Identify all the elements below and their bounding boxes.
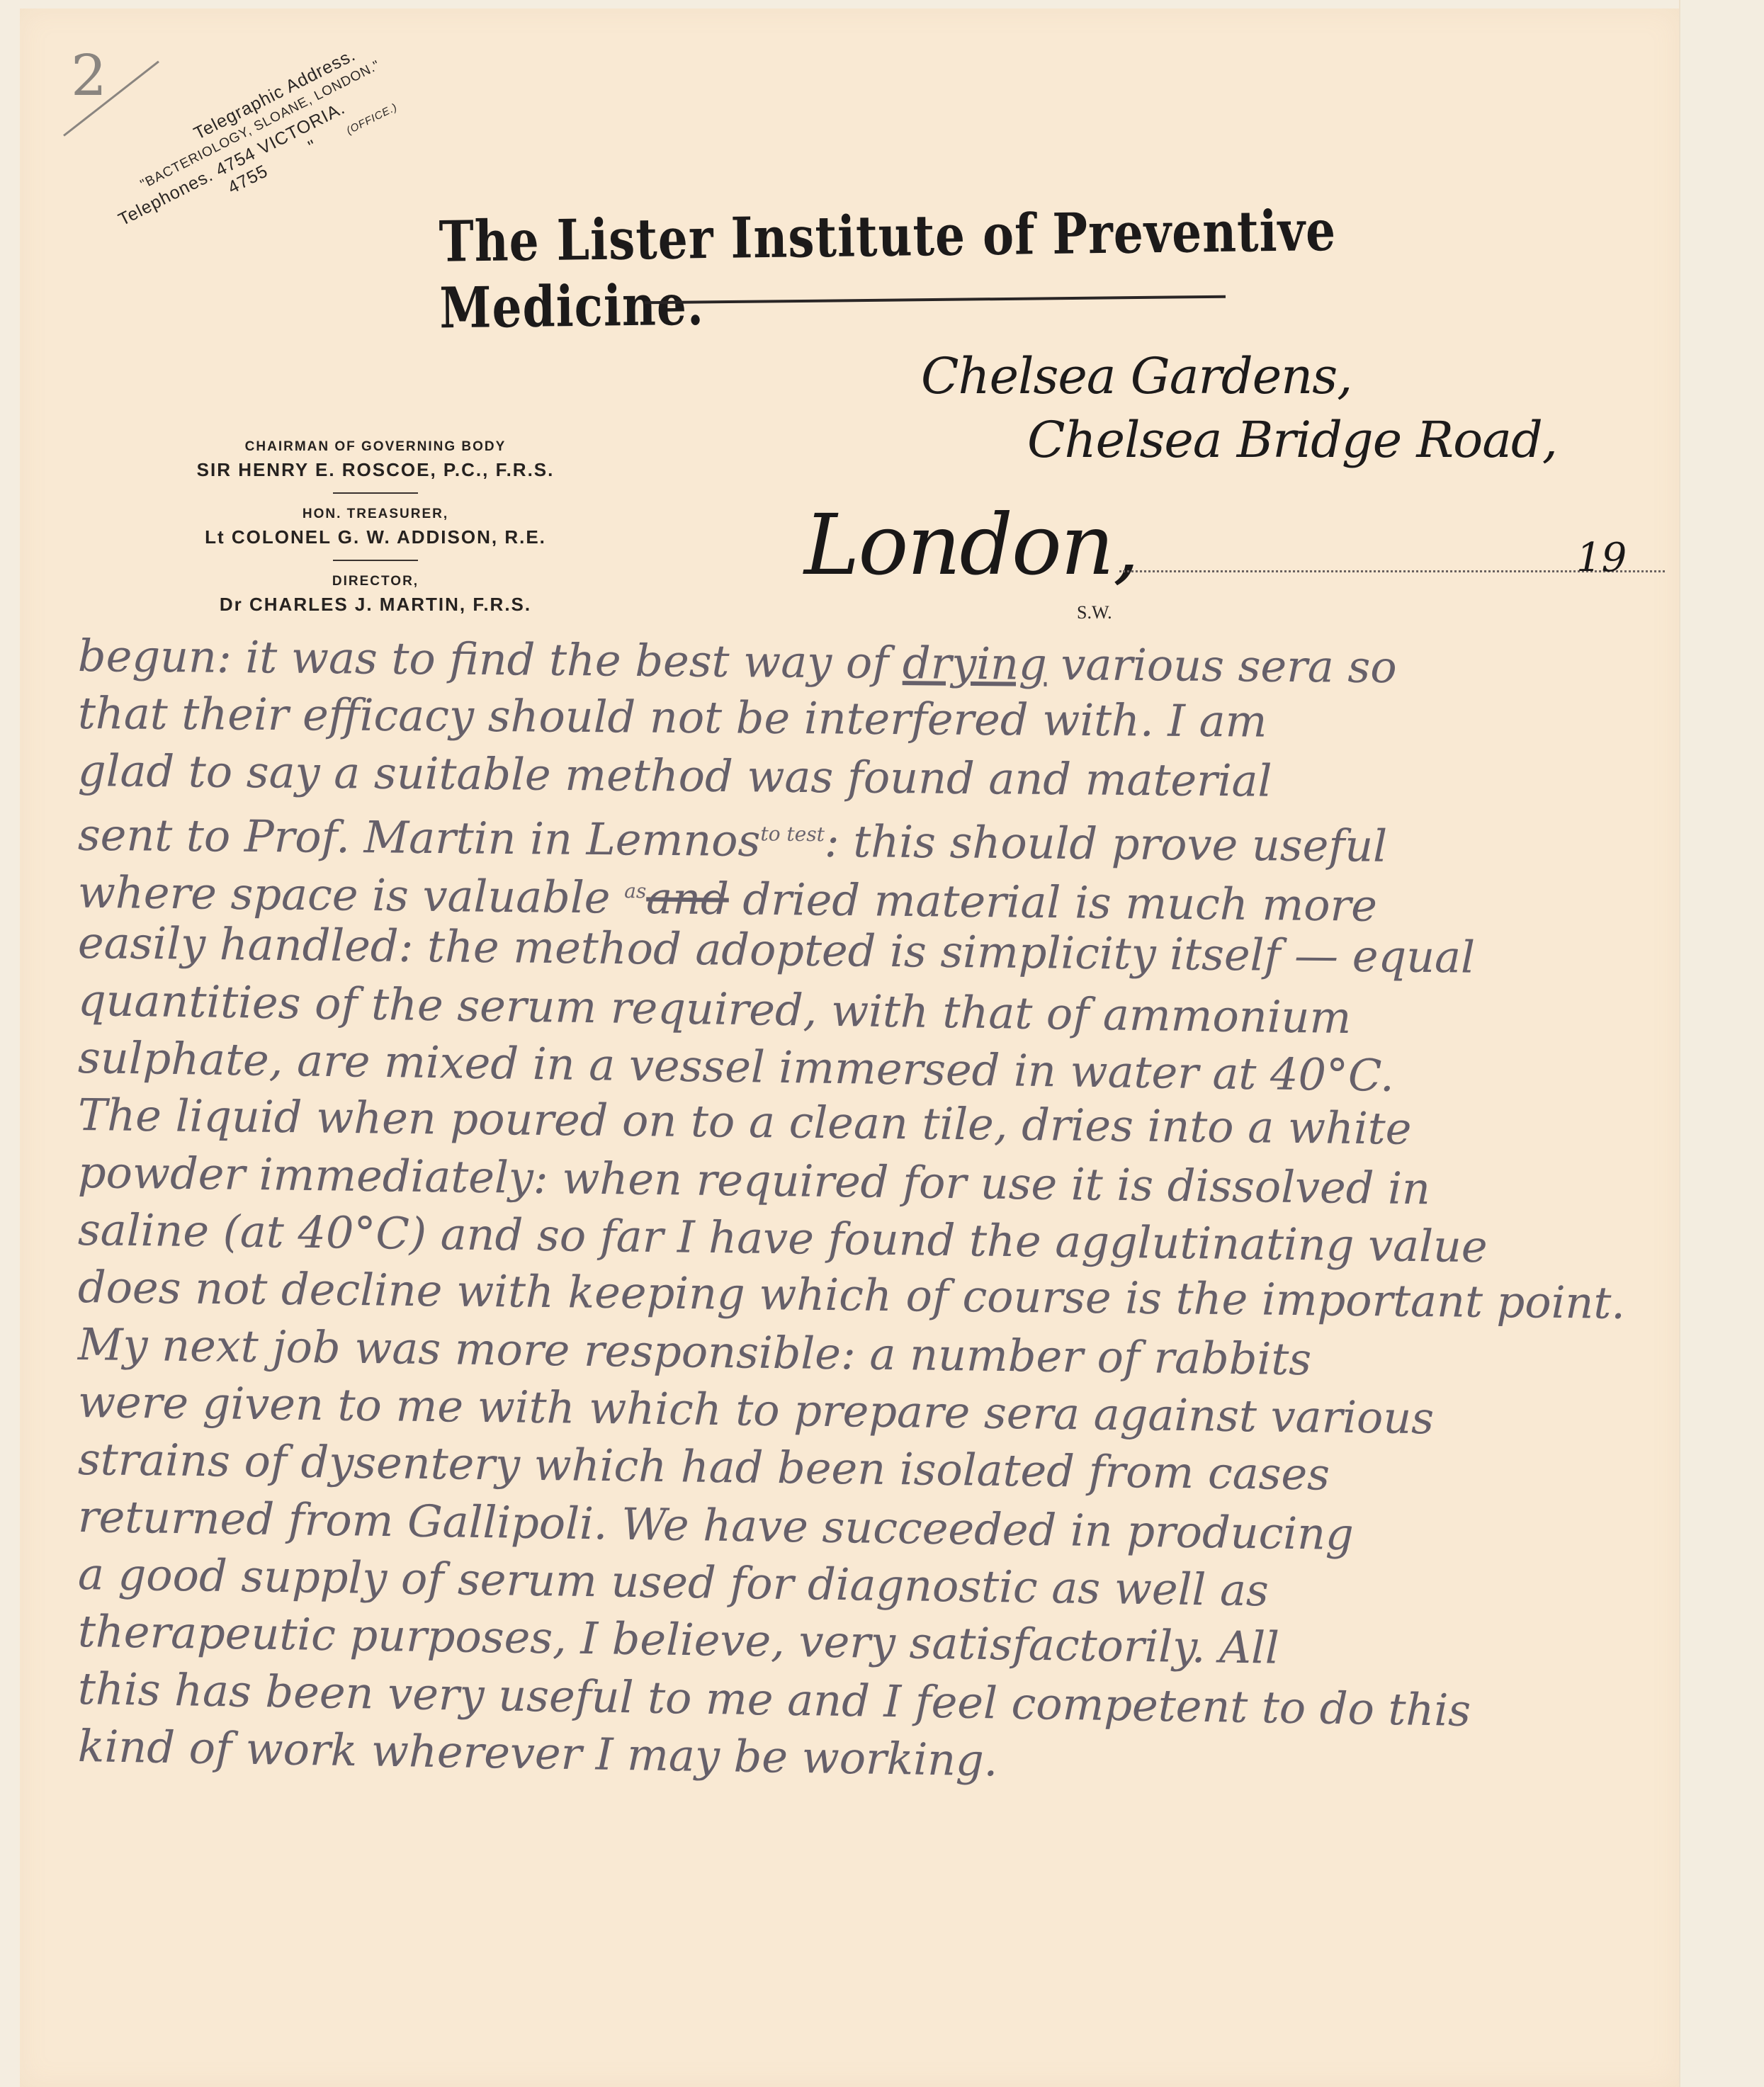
city: London, <box>804 496 1138 594</box>
interlinear-insertion: as <box>624 879 646 903</box>
postal-district: S.W. <box>1077 602 1112 623</box>
ditto-mark: " <box>305 136 321 157</box>
divider <box>333 492 418 494</box>
officer-name: Lt COLONEL G. W. ADDISON, R.E. <box>170 526 581 548</box>
struck-word: and <box>646 872 729 924</box>
year-prefix: 19 <box>1576 535 1627 581</box>
body-line: that their efficacy should not be interf… <box>78 684 1751 753</box>
folio-mark: 2 <box>50 43 156 142</box>
address-line-1: Chelsea Gardens, <box>921 347 1352 405</box>
underlined-word: drying <box>903 637 1047 690</box>
divider <box>333 560 418 561</box>
officer-name: SIR HENRY E. ROSCOE, P.C., F.R.S. <box>170 459 581 481</box>
officer-role: CHAIRMAN OF GOVERNING BODY <box>170 439 581 455</box>
address-line-2: Chelsea Bridge Road, <box>1027 411 1557 469</box>
folio-number: 2 <box>71 43 107 108</box>
officer-role: HON. TREASURER, <box>170 507 581 522</box>
interlinear-insertion: to test <box>760 822 825 846</box>
officer-role: DIRECTOR, <box>170 574 581 589</box>
letter-body: begun: it was to find the best way of dr… <box>78 627 1750 1775</box>
institution-name: The Lister Institute of Preventive Medic… <box>439 196 1403 341</box>
officers-block: CHAIRMAN OF GOVERNING BODY SIR HENRY E. … <box>170 439 581 616</box>
officer-name: Dr CHARLES J. MARTIN, F.R.S. <box>170 594 581 616</box>
